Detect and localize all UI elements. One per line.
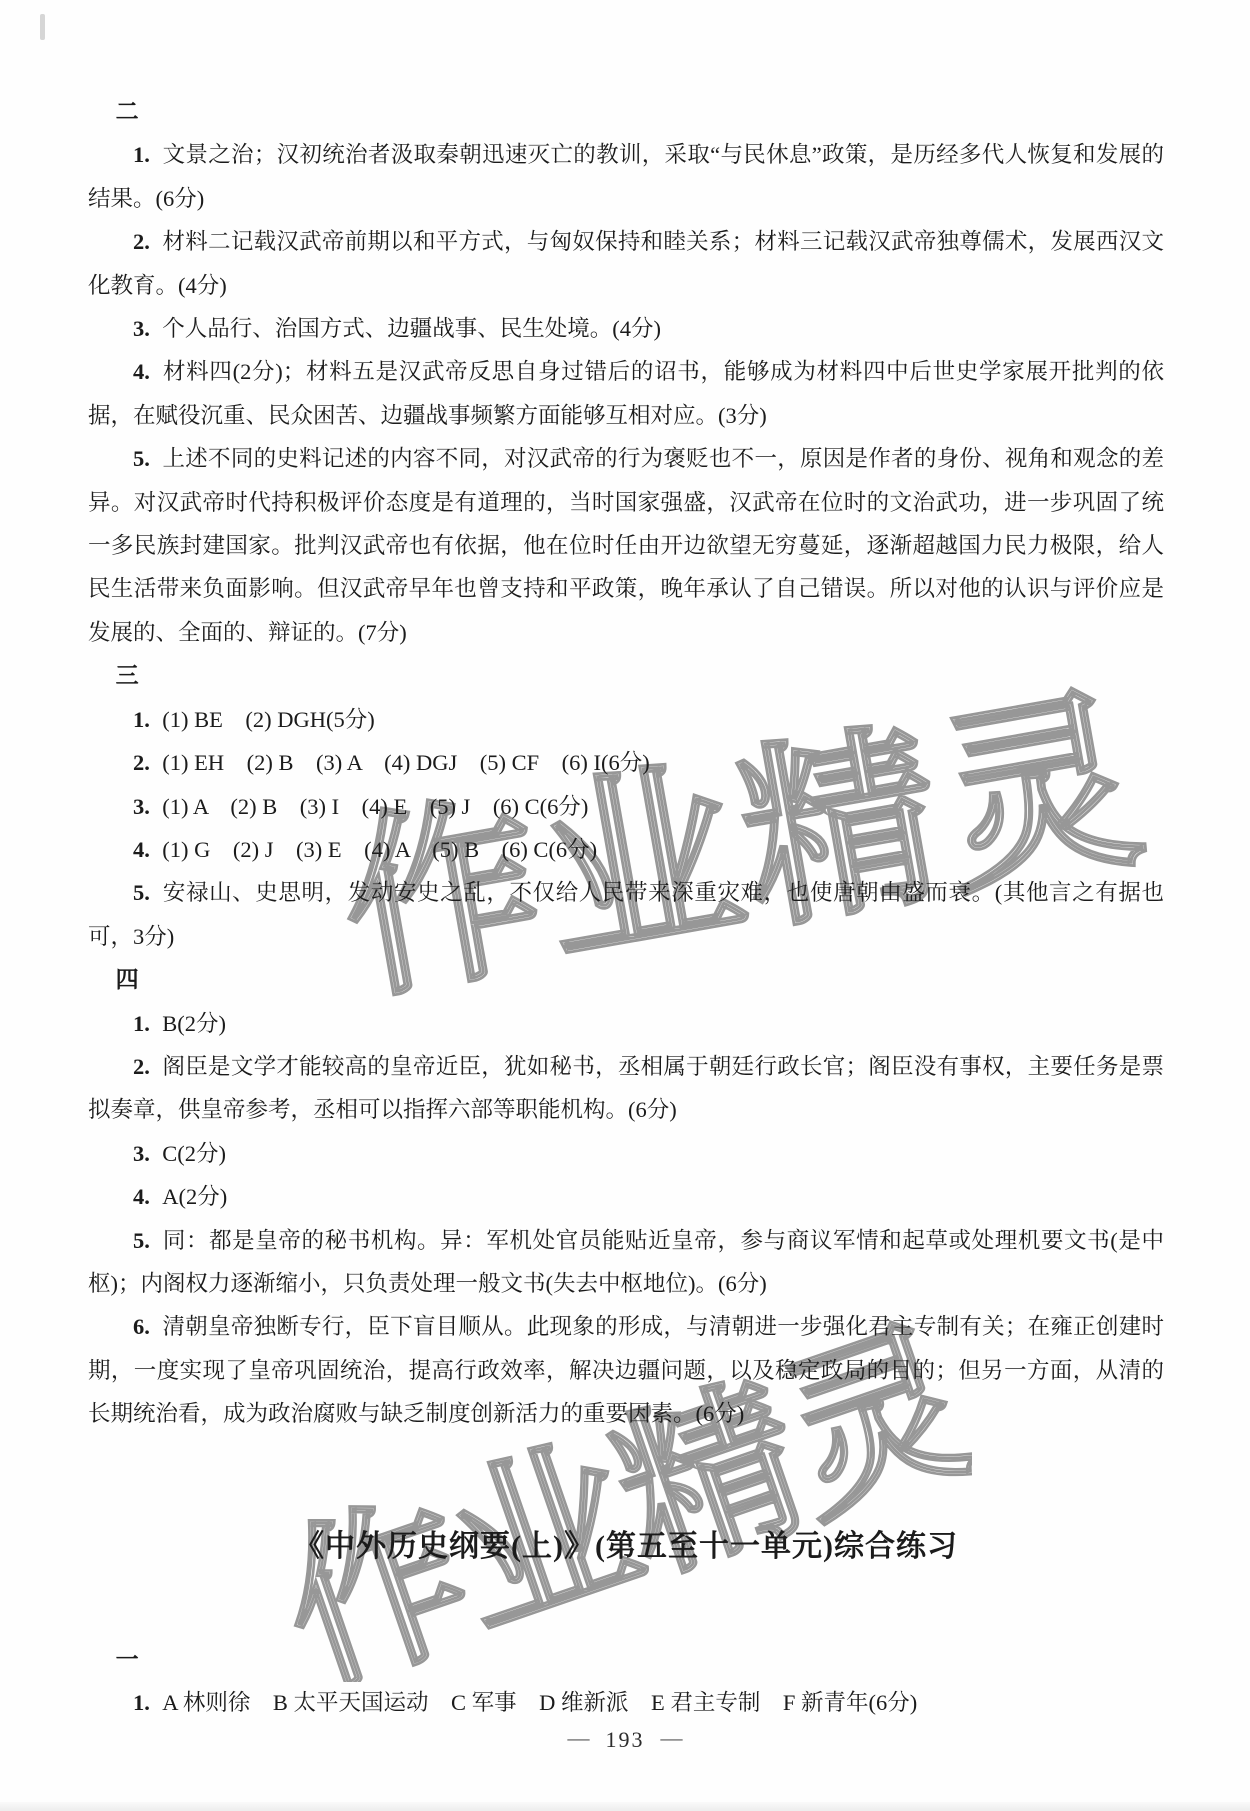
answer-item: 4.材料四(2分)；材料五是汉武帝反思自身过错后的诏书，能够成为材料四中后世史学… [88,350,1164,437]
scanned-answer-page: 作业精灵 作业精灵 二 1.文景之治；汉初统治者汲取秦朝迅速灭亡的教训，采取“与… [0,0,1250,1811]
item-number: 4. [133,837,150,862]
scan-edge-shadow [0,1802,1250,1811]
item-text: 清朝皇帝独断专行，臣下盲目顺从。此现象的形成，与清朝进一步强化君主专制有关；在雍… [88,1314,1164,1426]
answer-item: 5.同：都是皇帝的秘书机构。异：军机处官员能贴近皇帝，参与商议军情和起草或处理机… [88,1219,1164,1306]
item-text: (1) G (2) J (3) E (4) A (5) B (6) C(6分) [162,837,597,862]
answer-key-content: 二 1.文景之治；汉初统治者汲取秦朝迅速灭亡的教训，采取“与民休息”政策，是历经… [88,90,1164,1724]
item-number: 2. [133,1054,150,1079]
item-text: 材料二记载汉武帝前期以和平方式，与匈奴保持和睦关系；材料三记载汉武帝独尊儒术，发… [88,229,1164,297]
answer-item: 3.(1) A (2) B (3) I (4) E (5) J (6) C(6分… [88,785,1164,828]
section-marker-san: 三 [88,654,1164,697]
item-number: 3. [133,1141,150,1166]
footer-dash-right: — [661,1725,683,1751]
item-number: 4. [133,1184,150,1209]
item-text: 同：都是皇帝的秘书机构。异：军机处官员能贴近皇帝，参与商议军情和起草或处理机要文… [88,1228,1164,1296]
item-text: (1) EH (2) B (3) A (4) DGJ (5) CF (6) I(… [162,750,649,775]
item-text: A(2分) [162,1184,227,1209]
answer-item: 2.材料二记载汉武帝前期以和平方式，与匈奴保持和睦关系；材料三记载汉武帝独尊儒术… [88,220,1164,307]
item-number: 3. [133,794,150,819]
section-marker-er: 二 [88,90,1164,133]
item-number: 3. [133,316,150,341]
answer-item: 5.安禄山、史思明，发动安史之乱，不仅给人民带来深重灾难，也使唐朝由盛而衰。(其… [88,871,1164,958]
item-number: 1. [133,1011,150,1036]
scan-artifact-mark [40,14,45,40]
footer-dash-left: — [568,1725,590,1751]
answer-item: 2.阁臣是文学才能较高的皇帝近臣，犹如秘书，丞相属于朝廷行政长官；阁臣没有事权，… [88,1045,1164,1132]
answer-item: 4.A(2分) [88,1175,1164,1218]
item-number: 5. [133,446,150,471]
answer-item: 1.文景之治；汉初统治者汲取秦朝迅速灭亡的教训，采取“与民休息”政策，是历经多代… [88,133,1164,220]
answer-item: 3.C(2分) [88,1132,1164,1175]
answer-item: 4.(1) G (2) J (3) E (4) A (5) B (6) C(6分… [88,828,1164,871]
answer-item: 1.(1) BE (2) DGH(5分) [88,698,1164,741]
item-text: 文景之治；汉初统治者汲取秦朝迅速灭亡的教训，采取“与民休息”政策，是历经多代人恢… [88,142,1164,210]
item-text: 安禄山、史思明，发动安史之乱，不仅给人民带来深重灾难，也使唐朝由盛而衰。(其他言… [88,880,1164,948]
item-number: 4. [133,359,150,384]
item-number: 5. [133,880,150,905]
item-number: 1. [133,142,150,167]
item-number: 1. [133,707,150,732]
item-number: 6. [133,1314,150,1339]
item-text: A 林则徐 B 太平天国运动 C 军事 D 维新派 E 君主专制 F 新青年(6… [162,1690,917,1715]
item-text: (1) A (2) B (3) I (4) E (5) J (6) C(6分) [162,794,588,819]
answer-item: 5.上述不同的史料记述的内容不同，对汉武帝的行为褒贬也不一，原因是作者的身份、视… [88,437,1164,654]
item-text: 个人品行、治国方式、边疆战事、民生处境。(4分) [162,316,661,341]
item-number: 2. [133,750,150,775]
item-text: B(2分) [162,1011,226,1036]
exercise-title: 《中外历史纲要(上)》(第五至十一单元)综合练习 [88,1524,1164,1570]
answer-item: 6.清朝皇帝独断专行，臣下盲目顺从。此现象的形成，与清朝进一步强化君主专制有关；… [88,1305,1164,1435]
answer-item: 2.(1) EH (2) B (3) A (4) DGJ (5) CF (6) … [88,741,1164,784]
item-text: (1) BE (2) DGH(5分) [162,707,374,732]
item-text: C(2分) [162,1141,226,1166]
page-number: 193 [606,1727,645,1752]
item-number: 1. [133,1690,150,1715]
item-text: 阁臣是文学才能较高的皇帝近臣，犹如秘书，丞相属于朝廷行政长官；阁臣没有事权，主要… [88,1054,1164,1122]
answer-item: 1.A 林则徐 B 太平天国运动 C 军事 D 维新派 E 君主专制 F 新青年… [88,1681,1164,1724]
item-text: 上述不同的史料记述的内容不同，对汉武帝的行为褒贬也不一，原因是作者的身份、视角和… [88,446,1164,645]
answer-item: 3.个人品行、治国方式、边疆战事、民生处境。(4分) [88,307,1164,350]
answer-item: 1.B(2分) [88,1002,1164,1045]
section-marker-yi: 一 [88,1638,1164,1681]
item-number: 2. [133,229,150,254]
page-footer: —193— [0,1727,1250,1753]
section-marker-si: 四 [88,958,1164,1001]
item-number: 5. [133,1228,150,1253]
item-text: 材料四(2分)；材料五是汉武帝反思自身过错后的诏书，能够成为材料四中后世史学家展… [88,359,1164,427]
